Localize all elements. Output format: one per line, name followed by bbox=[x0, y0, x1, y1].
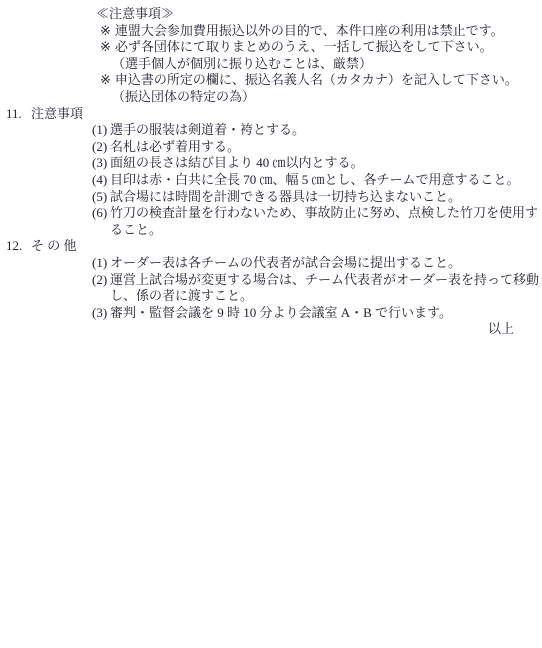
list-item-text: 面紐の長さは結び目より 40 ㎝以内とする。 bbox=[110, 155, 364, 170]
list-item-marker: (1) bbox=[92, 122, 110, 139]
list-item-text: 名札は必ず着用する。 bbox=[110, 139, 240, 154]
notice-header-title: ≪注意事項≫ bbox=[0, 6, 542, 23]
list-item-marker: (2) bbox=[92, 139, 110, 156]
reference-mark: ※ bbox=[100, 39, 111, 56]
list-item-continuation: し、係の者に渡すこと。 bbox=[0, 288, 542, 305]
section-title: そ の 他 bbox=[31, 238, 77, 253]
list-item: (2)名札は必ず着用する。 bbox=[0, 139, 542, 156]
notice-item: ※申込書の所定の欄に、振込名義人名（カタカナ）を記入して下さい。 bbox=[0, 72, 542, 89]
list-item-text: 運営上試合場が変更する場合は、チーム代表者がオーダー表を持って移動 bbox=[110, 272, 539, 287]
reference-mark: ※ bbox=[100, 23, 111, 40]
notice-subnote: （振込団体の特定の為） bbox=[0, 89, 542, 106]
list-item: (4)目印は赤・白共に全長 70 ㎝、幅 5 ㎝とし、各チームで用意すること。 bbox=[0, 172, 542, 189]
list-item-marker: (2) bbox=[92, 272, 110, 289]
list-item: (2)運営上試合場が変更する場合は、チーム代表者がオーダー表を持って移動 bbox=[0, 272, 542, 289]
list-item-text: 試合場には時間を計測できる器具は一切持ち込まないこと。 bbox=[110, 189, 461, 204]
notice-item-text: 連盟大会参加費用振込以外の目的で、本件口座の利用は禁止です。 bbox=[115, 23, 504, 38]
list-item-marker: (1) bbox=[92, 255, 110, 272]
list-item: (1)選手の服装は剣道着・袴とする。 bbox=[0, 122, 542, 139]
list-item-marker: (5) bbox=[92, 189, 110, 206]
section-heading: 12.そ の 他 bbox=[0, 238, 542, 255]
document-page: ≪注意事項≫ ※連盟大会参加費用振込以外の目的で、本件口座の利用は禁止です。 ※… bbox=[0, 0, 542, 648]
notice-subnote: （選手個人が個別に振り込むことは、厳禁） bbox=[0, 56, 542, 73]
list-item: (1)オーダー表は各チームの代表者が試合会場に提出すること。 bbox=[0, 255, 542, 272]
section-number: 12. bbox=[6, 238, 31, 255]
list-item: (3)審判・監督会議を 9 時 10 分より会議室 A・B で行います。 bbox=[0, 305, 542, 322]
list-item-text: 選手の服装は剣道着・袴とする。 bbox=[110, 122, 305, 137]
section-number: 11. bbox=[6, 106, 31, 123]
list-item-continuation: ること。 bbox=[0, 222, 542, 239]
notice-item-text: 必ず各団体にて取りまとめのうえ、一括して振込をして下さい。 bbox=[115, 39, 493, 54]
closing-text: 以上 bbox=[0, 321, 542, 338]
notice-item: ※必ず各団体にて取りまとめのうえ、一括して振込をして下さい。 bbox=[0, 39, 542, 56]
list-item-marker: (3) bbox=[92, 155, 110, 172]
list-item-marker: (4) bbox=[92, 172, 110, 189]
list-item-marker: (6) bbox=[92, 205, 110, 222]
list-item-marker: (3) bbox=[92, 305, 110, 322]
reference-mark: ※ bbox=[100, 72, 111, 89]
list-item: (3)面紐の長さは結び目より 40 ㎝以内とする。 bbox=[0, 155, 542, 172]
notice-item-text: 申込書の所定の欄に、振込名義人名（カタカナ）を記入して下さい。 bbox=[115, 72, 518, 87]
list-item-text: 審判・監督会議を 9 時 10 分より会議室 A・B で行います。 bbox=[110, 305, 452, 320]
list-item-text: 目印は赤・白共に全長 70 ㎝、幅 5 ㎝とし、各チームで用意すること。 bbox=[110, 172, 520, 187]
list-item: (5)試合場には時間を計測できる器具は一切持ち込まないこと。 bbox=[0, 189, 542, 206]
notice-item: ※連盟大会参加費用振込以外の目的で、本件口座の利用は禁止です。 bbox=[0, 23, 542, 40]
section-heading: 11.注意事項 bbox=[0, 106, 542, 123]
list-item-text: オーダー表は各チームの代表者が試合会場に提出すること。 bbox=[110, 255, 461, 270]
list-item: (6)竹刀の検査計量を行わないため、事故防止に努め、点検した竹刀を使用す bbox=[0, 205, 542, 222]
section-title: 注意事項 bbox=[31, 106, 83, 121]
list-item-text: 竹刀の検査計量を行わないため、事故防止に努め、点検した竹刀を使用す bbox=[110, 205, 538, 220]
